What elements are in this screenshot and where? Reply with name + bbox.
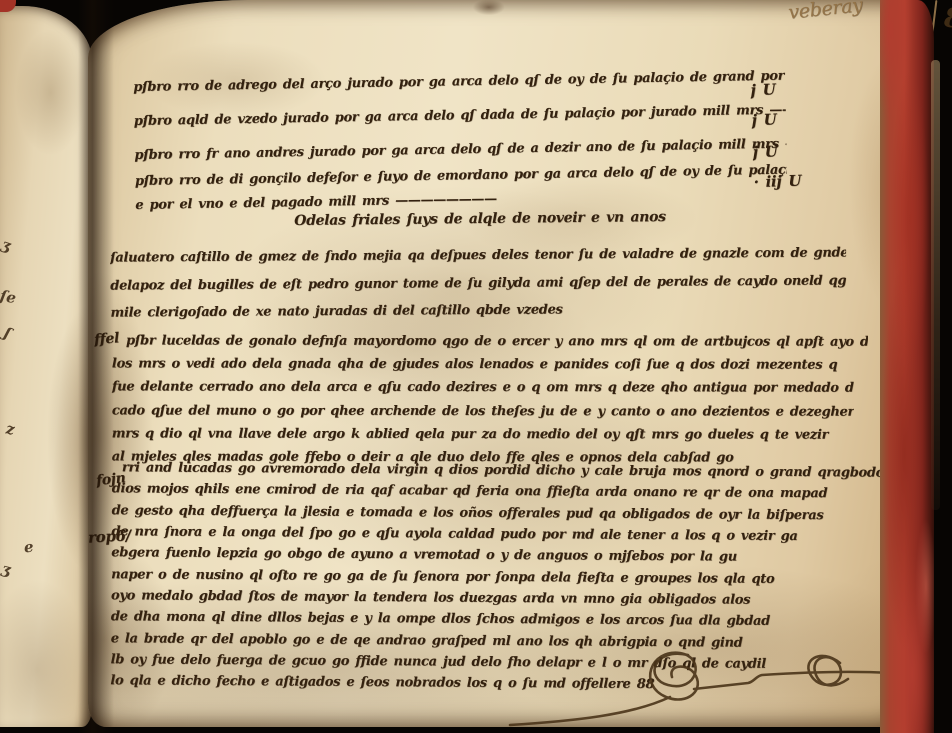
facing-page-text-fragment: z — [5, 419, 16, 438]
text-line: fue delante cerrado ano dela arca e qſu … — [112, 375, 854, 400]
facing-page-text-fragment: e — [23, 538, 34, 557]
text-line: mile clerigoſado de xe nato juradas di d… — [110, 296, 846, 325]
facing-page-text-fragment: ʒ — [0, 235, 13, 255]
rubric-tail-path — [510, 697, 670, 725]
facing-page-edge: ʒ ſe ʃ z e ʒ — [0, 6, 92, 727]
facing-page-text-fragment: ſe — [0, 287, 17, 308]
rubric-knot-path — [650, 653, 698, 700]
rubric-drawing — [388, 645, 948, 727]
section-heading: Odelas friales ſuys de alqle de noveir e… — [260, 205, 700, 234]
red-fore-edge — [880, 0, 934, 733]
amount-value: j U — [751, 105, 822, 133]
text-line: pſbr luceldas de gonalo defnſa mayordomo… — [112, 329, 868, 354]
account-line: pſbro aqld de vzedo jurado por ga arca d… — [134, 99, 786, 134]
amount-value: j U — [752, 137, 823, 165]
folio-number: 84 — [943, 1, 952, 39]
facing-page-text-fragment: ʃ — [1, 324, 13, 342]
paragraph: pſbr luceldas de gonalo defnſa mayordomo… — [112, 329, 854, 330]
text-line: cado qſue del muno o go por qhee archend… — [112, 399, 854, 424]
account-entries-block: pſbro rro de adrego del arço jurado por … — [133, 61, 785, 72]
cover-edge-sliver — [931, 60, 940, 510]
paragraph: ſaluatero caſtillo de gmez de ſndo mejia… — [110, 241, 846, 246]
manuscript-page: veberay 84 pſbro rro de adrego del arço … — [88, 0, 906, 727]
amount-value: j U — [750, 75, 821, 103]
text-line: delapoz del bugilles de eſt pedro gunor … — [110, 269, 846, 298]
rubric-ampersand-path — [808, 656, 848, 685]
manuscript-photo: ʒ ſe ʃ z e ʒ veberay 84 pſbro rro de adr… — [0, 0, 952, 733]
amount-value: · iij U — [753, 167, 824, 195]
text-line: los mrs o vedi ado dela gnada qha de gju… — [112, 352, 854, 377]
text-line: mrs q dio ql vna llave dele argo k ablie… — [112, 422, 854, 447]
text-line: ſaluatero caſtillo de gmez de ſndo mejia… — [110, 241, 846, 270]
notarial-rubric — [388, 645, 948, 727]
rubric-rule-path — [694, 672, 904, 689]
facing-page-text-fragment: ʒ — [0, 559, 13, 579]
account-line: pſbro rro de adrego del arço jurado por … — [133, 65, 785, 100]
